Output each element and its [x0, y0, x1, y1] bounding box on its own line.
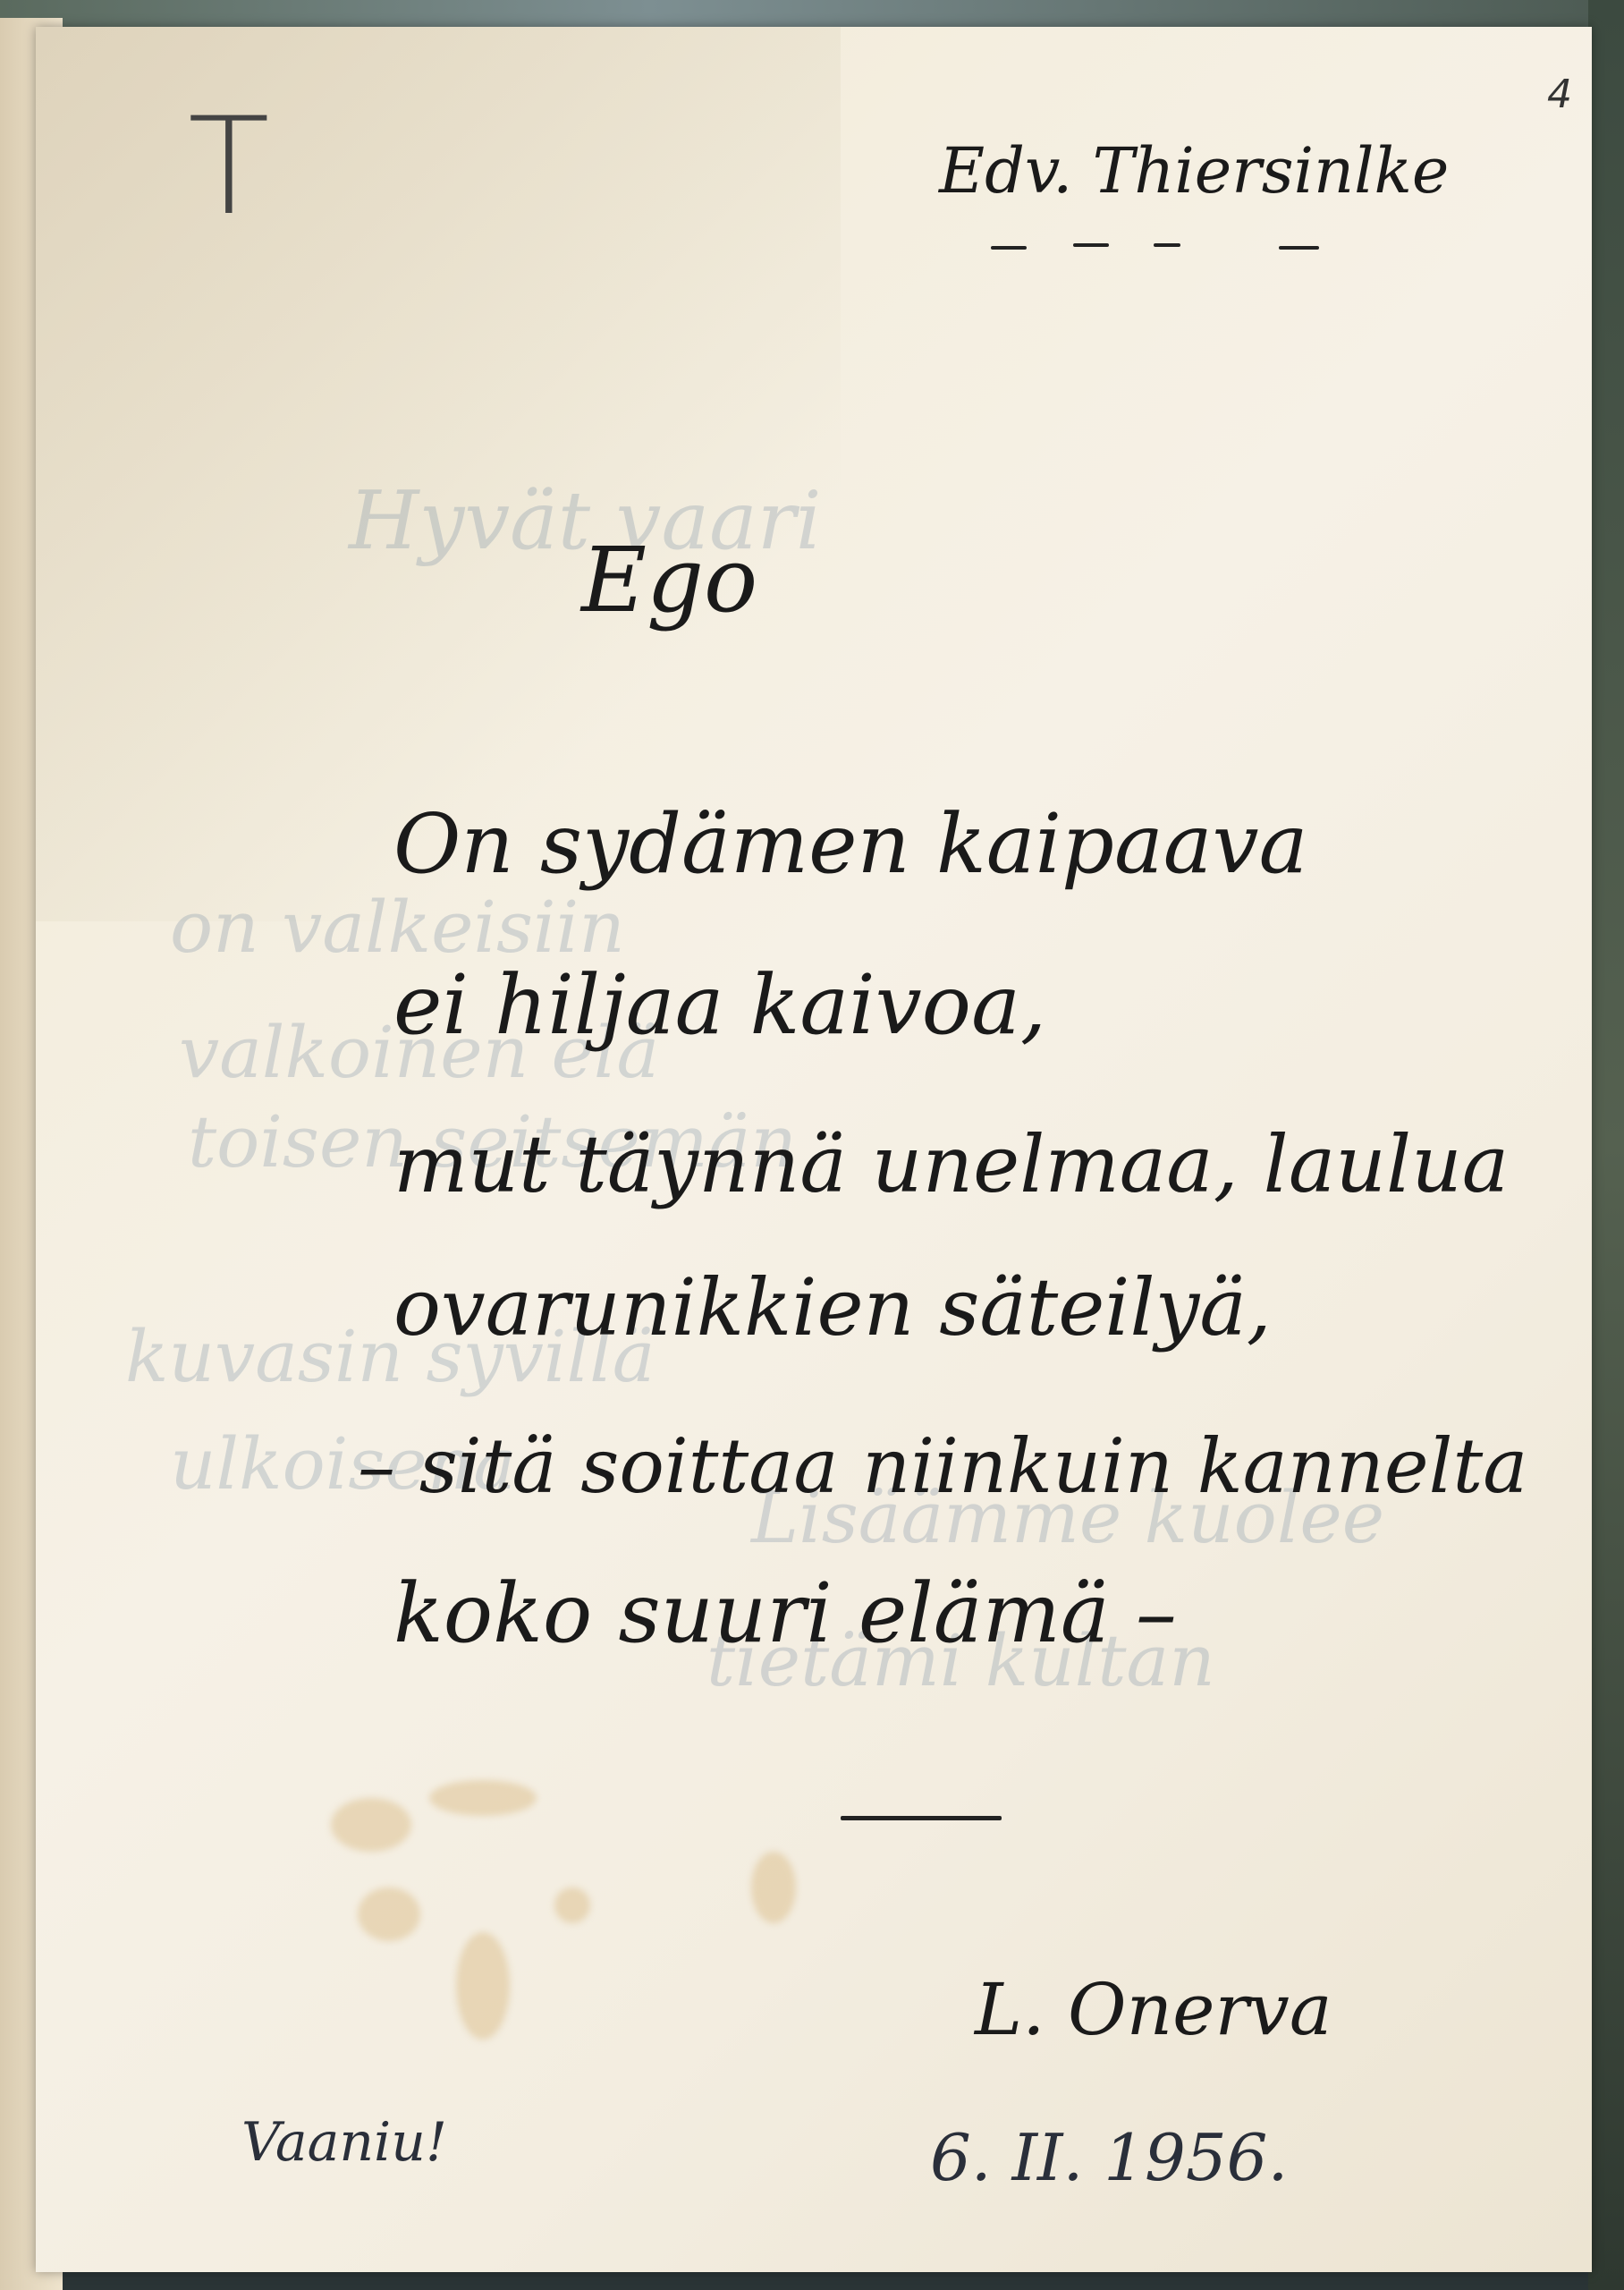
stain: [358, 1887, 420, 1941]
book-page: Hyvät vaari on valkeisiin valkoinen elä …: [36, 27, 1592, 2272]
stain: [331, 1798, 411, 1852]
author-signature: L. Onerva: [975, 1968, 1332, 2051]
poem-line-2: ei hiljaa kaivoa,: [393, 957, 1046, 1053]
stain: [429, 1780, 537, 1816]
poem-line-1: On sydämen kaipaava: [393, 796, 1307, 892]
pencil-mark: T: [188, 89, 270, 245]
date: 6. II. 1956.: [930, 2120, 1288, 2195]
poem-line-4: ovarunikkien säteilyä,: [393, 1261, 1272, 1353]
stain: [554, 1887, 590, 1923]
underline-dash: [1154, 243, 1180, 247]
page-corner-mark: 4: [1547, 72, 1572, 117]
underline-dash: [1279, 246, 1319, 250]
separator-line: [841, 1816, 1002, 1820]
top-signature: Edv. Thiersinlke: [939, 134, 1449, 208]
poem-line-6: koko suuri elämä –: [393, 1565, 1177, 1661]
stain: [456, 1932, 510, 2040]
underline-dash: [991, 246, 1027, 250]
poem-line-3: mut täynnä unelmaa, laulua: [393, 1118, 1509, 1210]
underline-dash: [1073, 243, 1109, 247]
margin-note: Vaaniu!: [241, 2111, 447, 2174]
book-cover-right: [1588, 0, 1624, 2290]
poem-line-5: – sitä soittaa niinkuin kannelta: [358, 1422, 1527, 1510]
stain: [751, 1852, 796, 1923]
poem-title: Ego: [581, 528, 757, 632]
